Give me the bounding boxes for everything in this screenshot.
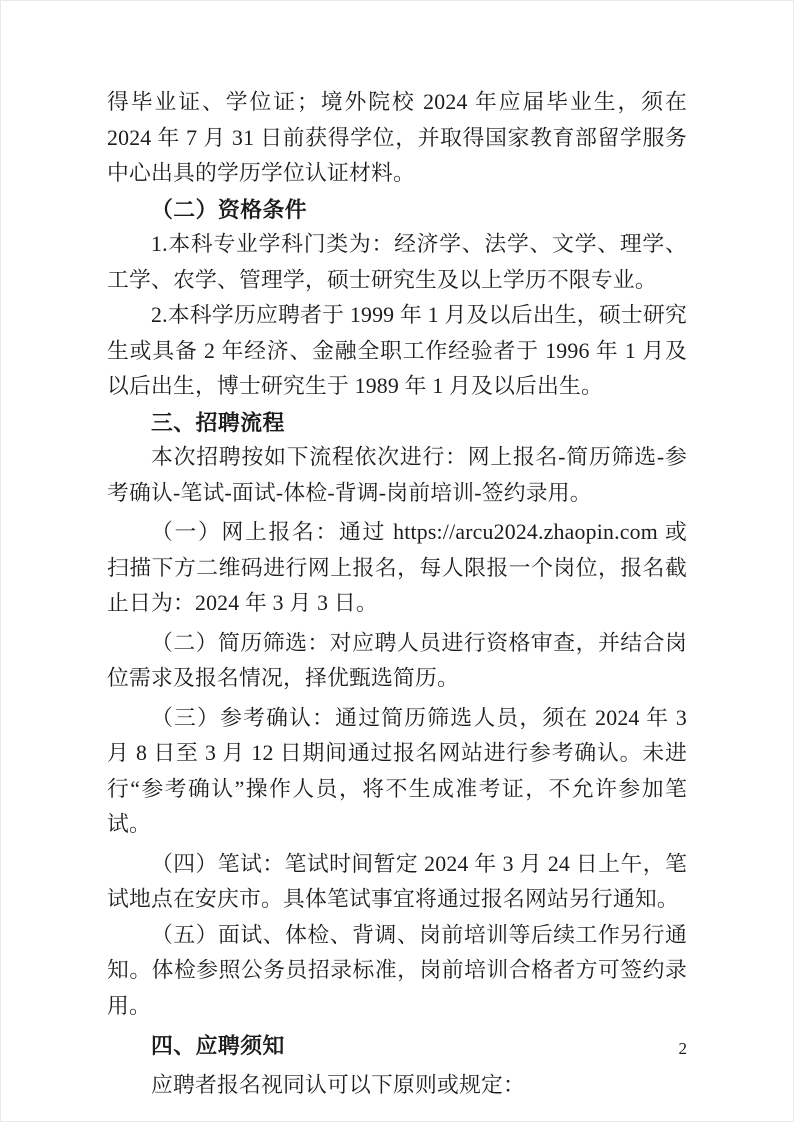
document-body: 得毕业证、学位证；境外院校 2024 年应届毕业生，须在 2024 年 7 月 … [107, 85, 687, 1103]
paragraph: 1.本科专业学科门类为：经济学、法学、文学、理学、工学、农学、管理学，硕士研究生… [107, 227, 687, 298]
paragraph: （四）笔试：笔试时间暂定 2024 年 3 月 24 日上午，笔试地点在安庆市。… [107, 847, 687, 918]
paragraph: 应聘者报名视同认可以下原则或规定： [107, 1068, 687, 1104]
paragraph: （一）网上报名：通过 https://arcu2024.zhaopin.com … [107, 515, 687, 622]
page-number: 2 [679, 1039, 688, 1059]
section-heading: 四、应聘须知 [107, 1028, 687, 1064]
section-heading: （二）资格条件 [107, 192, 687, 228]
document-page: 得毕业证、学位证；境外院校 2024 年应届毕业生，须在 2024 年 7 月 … [0, 0, 794, 1122]
paragraph: （五）面试、体检、背调、岗前培训等后续工作另行通知。体检参照公务员招录标准，岗前… [107, 918, 687, 1025]
section-heading: 三、招聘流程 [107, 405, 687, 441]
paragraph: （二）简历筛选：对应聘人员进行资格审查，并结合岗位需求及报名情况，择优甄选简历。 [107, 626, 687, 697]
paragraph: 得毕业证、学位证；境外院校 2024 年应届毕业生，须在 2024 年 7 月 … [107, 85, 687, 192]
paragraph: 本次招聘按如下流程依次进行：网上报名-简历筛选-参考确认-笔试-面试-体检-背调… [107, 440, 687, 511]
paragraph: 2.本科学历应聘者于 1999 年 1 月及以后出生，硕士研究生或具备 2 年经… [107, 298, 687, 405]
paragraph: （三）参考确认：通过简历筛选人员，须在 2024 年 3 月 8 日至 3 月 … [107, 701, 687, 843]
